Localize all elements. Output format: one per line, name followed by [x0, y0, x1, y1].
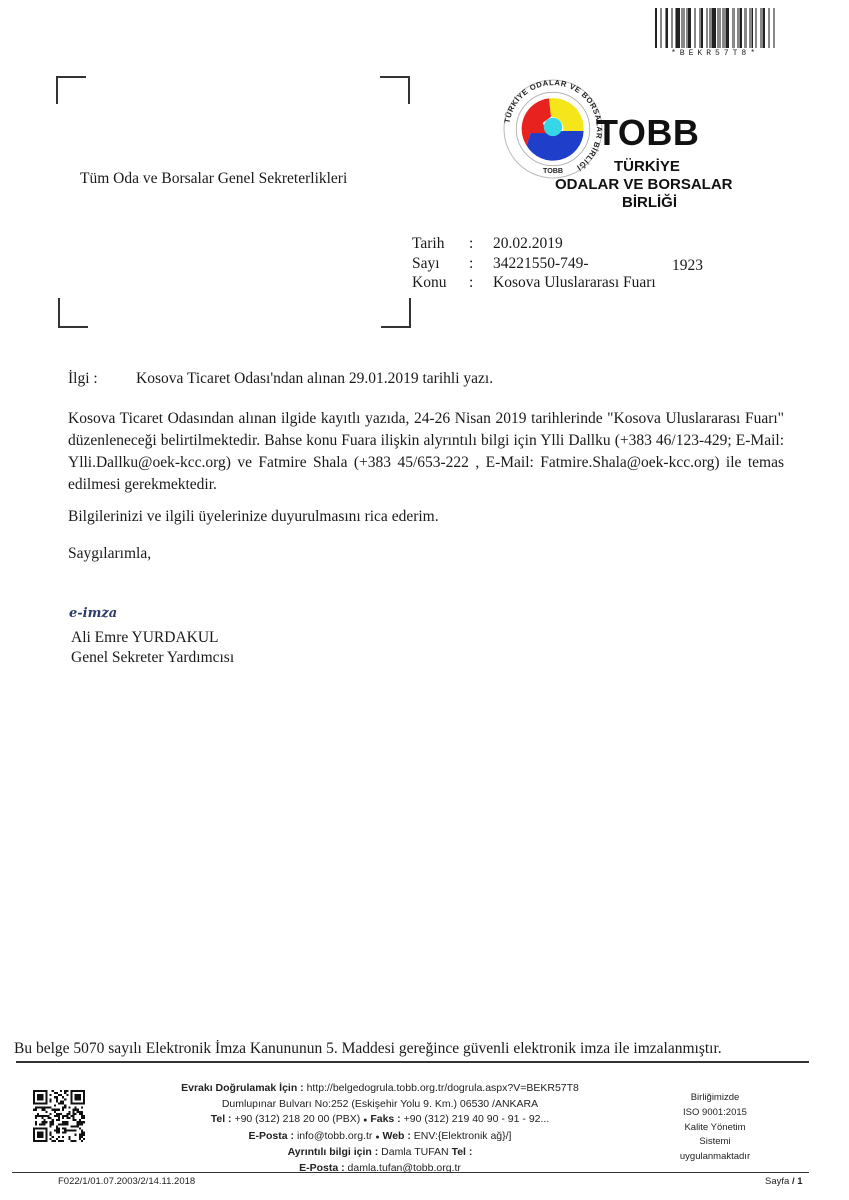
email-value[interactable]: info@tobb.org.tr — [297, 1130, 372, 1142]
contact-name: Damla TUFAN — [381, 1146, 449, 1158]
email-web-line: E-Posta : info@tobb.org.tr ● Web : ENV:{… — [150, 1129, 610, 1146]
form-code: F022/1/01.07.2003/2/14.11.2018 — [58, 1176, 195, 1187]
address-window-corner-top-right — [380, 76, 410, 104]
logo-name-line3: BİRLİĞİ — [622, 194, 677, 211]
signer-name: Ali Emre YURDAKUL — [71, 628, 234, 648]
date-value: 20.02.2019 — [493, 234, 563, 254]
reference-line: İlgi : Kosova Ticaret Odası'ndan alınan … — [68, 370, 493, 388]
signer-block: Ali Emre YURDAKUL Genel Sekreter Yardımc… — [71, 628, 234, 668]
bullet-icon: ● — [363, 1117, 367, 1124]
footer-divider — [12, 1172, 809, 1173]
tobb-emblem-logo: TÜRKİYE ODALAR VE BORSALAR BİRLİĞİ TOBB — [502, 78, 604, 180]
page-label: Sayfa — [765, 1176, 789, 1187]
subject-label: Konu — [412, 273, 469, 293]
address-window-corner-bottom-left — [58, 298, 88, 328]
address-window-corner-top-left — [56, 76, 86, 104]
verify-label: Evrakı Doğrulamak İçin : — [181, 1082, 304, 1094]
qr-code-icon — [33, 1083, 85, 1149]
phone-line: Tel : +90 (312) 218 20 00 (PBX) ● Faks :… — [150, 1112, 610, 1129]
number-value: 34221550-749- — [493, 254, 589, 274]
page-number: Sayfa / 1 — [765, 1176, 803, 1187]
number-suffix: 1923 — [672, 257, 703, 275]
meta-number-row: Sayı : 34221550-749- — [412, 254, 656, 274]
iso-line: Birliğimizde — [660, 1091, 770, 1106]
body-paragraph-2: Bilgilerinizi ve ilgili üyelerinize duyu… — [68, 508, 439, 526]
iso-certification-note: Birliğimizde ISO 9001:2015 Kalite Yöneti… — [660, 1091, 770, 1165]
logo-name-line2: ODALAR VE BORSALAR — [555, 176, 733, 193]
signer-title: Genel Sekreter Yardımcısı — [71, 648, 234, 668]
tel-label: Tel : — [211, 1113, 232, 1125]
barcode-bars — [655, 8, 775, 48]
document-meta: Tarih : 20.02.2019 Sayı : 34221550-749- … — [412, 234, 656, 293]
verify-line: Evrakı Doğrulamak İçin : http://belgedog… — [150, 1081, 610, 1097]
verify-url[interactable]: http://belgedogrula.tobb.org.tr/dogrula.… — [307, 1082, 579, 1094]
contact-line: Ayrıntılı bilgi için : Damla TUFAN Tel : — [150, 1145, 610, 1161]
contact-tel-label: Tel : — [452, 1146, 473, 1158]
number-separator: : — [469, 254, 493, 274]
email-label: E-Posta : — [249, 1130, 295, 1142]
contact-email-line: E-Posta : damla.tufan@tobb.org.tr — [150, 1161, 610, 1177]
iso-line: Kalite Yönetim — [660, 1121, 770, 1136]
web-value: ENV:{Elektronik ağ}/] — [414, 1130, 512, 1142]
legal-divider — [16, 1061, 809, 1063]
date-label: Tarih — [412, 234, 469, 254]
iso-line: uygulanmaktadır — [660, 1150, 770, 1165]
bullet-icon: ● — [375, 1134, 379, 1141]
subject-value: Kosova Uluslararası Fuarı — [493, 273, 656, 293]
date-separator: : — [469, 234, 493, 254]
tel-value: +90 (312) 218 20 00 (PBX) — [234, 1113, 360, 1125]
web-label: Web : — [382, 1130, 410, 1142]
reference-text: Kosova Ticaret Odası'ndan alınan 29.01.2… — [136, 370, 493, 388]
number-label: Sayı — [412, 254, 469, 274]
legal-notice: Bu belge 5070 sayılı Elektronik İmza Kan… — [14, 1040, 722, 1058]
logo-abbreviation: TOBB — [596, 112, 699, 154]
page-value: / 1 — [792, 1176, 803, 1187]
iso-line: Sistemi — [660, 1135, 770, 1150]
closing-salutation: Saygılarımla, — [68, 545, 151, 563]
fax-value: +90 (312) 219 40 90 - 91 - 92... — [404, 1113, 550, 1125]
meta-subject-row: Konu : Kosova Uluslararası Fuarı — [412, 273, 656, 293]
body-paragraph-1: Kosova Ticaret Odasından alınan ilgide k… — [68, 408, 784, 496]
contact-label: Ayrıntılı bilgi için : — [288, 1146, 379, 1158]
address-window-corner-bottom-right — [381, 298, 411, 328]
iso-line: ISO 9001:2015 — [660, 1106, 770, 1121]
footer-contact: Evrakı Doğrulamak İçin : http://belgedog… — [150, 1081, 610, 1177]
svg-text:TOBB: TOBB — [543, 167, 563, 175]
document-barcode: *BEKR57T8* — [655, 8, 775, 60]
address-line: Dumlupınar Bulvarı No:252 (Eskişehir Yol… — [150, 1097, 610, 1113]
e-signature-mark: e-imza — [69, 606, 117, 621]
recipient: Tüm Oda ve Borsalar Genel Sekreterlikler… — [80, 170, 347, 188]
meta-date-row: Tarih : 20.02.2019 — [412, 234, 656, 254]
reference-label: İlgi : — [68, 370, 136, 388]
fax-label: Faks : — [370, 1113, 400, 1125]
subject-separator: : — [469, 273, 493, 293]
logo-name-line1: TÜRKİYE — [614, 158, 680, 175]
barcode-code: *BEKR57T8* — [655, 49, 775, 58]
